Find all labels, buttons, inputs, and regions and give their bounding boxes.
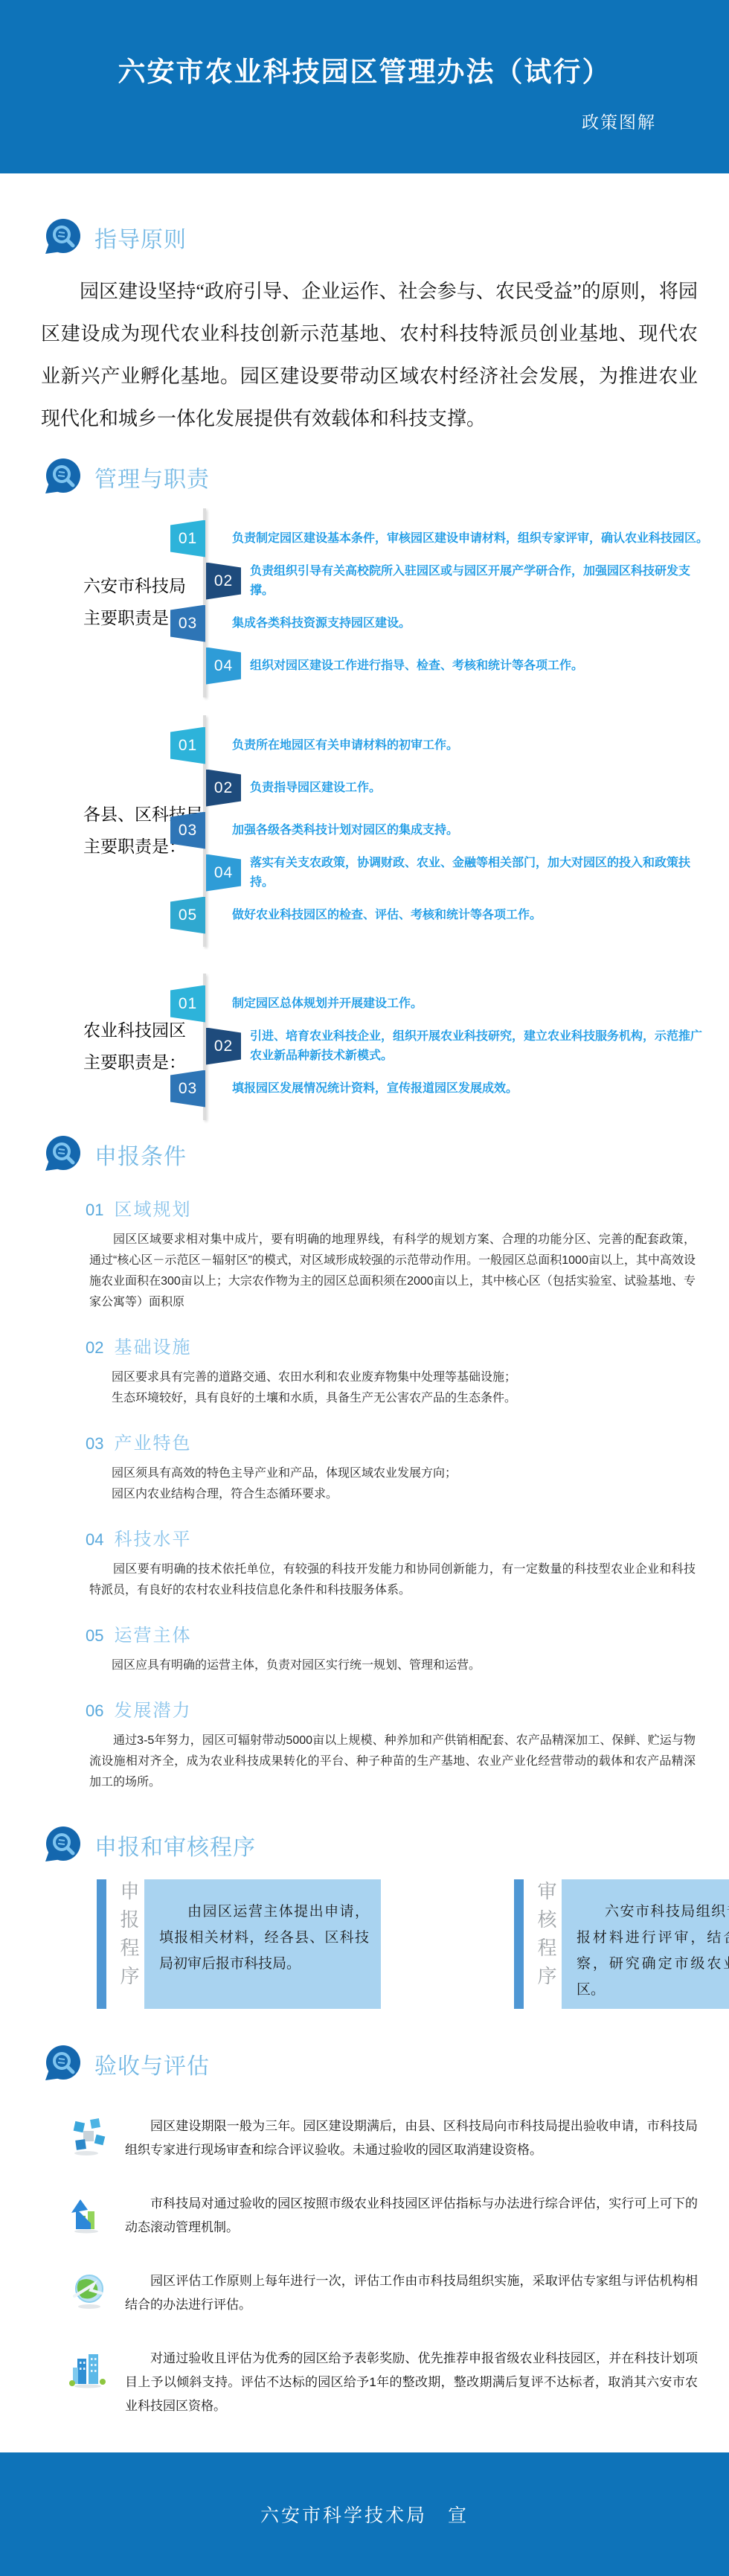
- duty-item-text: 制定园区总体规划并开展建设工作。: [232, 994, 423, 1014]
- condition-text: 园区要有明确的技术依托单位，有较强的科技开发能力和协同创新能力，有一定数量的科技…: [89, 1559, 696, 1601]
- procedure-box: 由园区运营主体提出申请，填报相关材料，经各县、区科技局初审后报市科技局。: [144, 1879, 381, 2009]
- condition-title: 区域规划: [114, 1195, 191, 1221]
- footer-publisher: 六安市科学技术局 宣: [260, 2501, 469, 2528]
- section-title-conditions: 申报条件: [94, 1138, 187, 1171]
- acceptance-text: 园区建设期限一般为三年。园区建设期满后，由县、区科技局向市科技局提出验收申请，市…: [125, 2115, 698, 2162]
- condition-block: 01 区域规划 园区区域要求相对集中成片，要有明确的地理界线，有科学的规划方案、…: [0, 1195, 729, 1313]
- condition-number: 06: [86, 1701, 103, 1721]
- duty-group-park: 农业科技园区 主要职责是： 01 制定园区总体规划并开展建设工作。 02 引进、…: [0, 982, 729, 1110]
- condition-block: 04 科技水平 园区要有明确的技术依托单位，有较强的科技开发能力和协同创新能力，…: [0, 1524, 729, 1601]
- page-subtitle: 政策图解: [0, 109, 729, 133]
- duty-item-text: 做好农业科技园区的检查、评估、考核和统计等各项工作。: [232, 906, 542, 925]
- condition-text: 园区区域要求相对集中成片，要有明确的地理界线，有科学的规划方案、合理的功能分区、…: [89, 1230, 696, 1313]
- acceptance-item: 对通过验收且评估为优秀的园区给予表彰奖励、优先推荐申报省级农业科技园区，并在科技…: [68, 2347, 698, 2418]
- condition-text: 通过3-5年努力，园区可辐射带动5000亩以上规模、种养加和产供销相配套、农产品…: [89, 1730, 696, 1793]
- duty-item-text: 负责制定园区建设基本条件，审核园区建设申请材料，组织专家评审，确认农业科技园区。: [232, 529, 708, 549]
- acceptance-item: 市科技局对通过验收的园区按照市级农业科技园区评估指标与办法进行综合评估，实行可上…: [68, 2192, 698, 2240]
- globe-icon: [68, 2271, 109, 2315]
- section-title-management: 管理与职责: [94, 461, 210, 493]
- condition-title: 产业特色: [114, 1428, 191, 1454]
- duty-item: 04 落实有关支农政策，协调财政、农业、金融等相关部门，加大对园区的投入和政策扶…: [0, 851, 729, 894]
- condition-number: 05: [86, 1626, 103, 1646]
- magnifier-bubble-icon: [41, 2043, 83, 2085]
- section-conditions: 申报条件 01 区域规划 园区区域要求相对集中成片，要有明确的地理界线，有科学的…: [0, 1134, 729, 1793]
- step-number-badge: 01: [170, 985, 205, 1023]
- condition-number: 02: [86, 1338, 103, 1358]
- magnifier-bubble-icon: [41, 456, 83, 498]
- acceptance-item: 园区评估工作原则上每年进行一次，评估工作由市科技局组织实施，采取评估专家组与评估…: [68, 2269, 698, 2317]
- duty-item-text: 引进、培育农业科技企业，组织开展农业科技研究，建立农业科技服务机构，示范推广农业…: [250, 1027, 713, 1066]
- acceptance-text: 对通过验收且评估为优秀的园区给予表彰奖励、优先推荐申报省级农业科技园区，并在科技…: [125, 2347, 698, 2418]
- step-number-badge: 03: [170, 1070, 205, 1108]
- step-number-badge: 03: [170, 605, 205, 642]
- section-procedure: 申报和审核程序 申报程序 由园区运营主体提出申请，填报相关材料，经各县、区科技局…: [0, 1824, 729, 2009]
- condition-title: 科技水平: [114, 1524, 191, 1550]
- magnifier-bubble-icon: [41, 1134, 83, 1175]
- acceptance-item: 园区建设期限一般为三年。园区建设期满后，由县、区科技局向市科技局提出验收申请，市…: [68, 2115, 698, 2162]
- procedure-label: 申报程序: [115, 1881, 143, 2009]
- duty-item: 02 引进、培育农业科技企业，组织开展农业科技研究，建立农业科技服务机构，示范推…: [0, 1025, 729, 1067]
- policy-infographic: 六安市农业科技园区管理办法（试行） 政策图解 指导原则 园区建设坚持“政府引导、…: [0, 0, 729, 2576]
- duty-item: 03 集成各类科技资源支持园区建设。: [0, 602, 729, 645]
- duty-item: 03 加强各级各类科技计划对园区的集成支持。: [0, 809, 729, 851]
- procedure-label: 审核程序: [533, 1881, 560, 2009]
- procedure-text: 由园区运营主体提出申请，填报相关材料，经各县、区科技局初审后报市科技局。: [159, 1899, 369, 1977]
- condition-title: 运营主体: [114, 1620, 191, 1646]
- magnifier-bubble-icon: [41, 217, 83, 258]
- procedure-text: 六安市科技局组织专家对申报材料进行评审，结合现场考察，研究确定市级农业科技园区。: [577, 1899, 729, 2003]
- condition-number: 03: [86, 1434, 103, 1454]
- duty-item-text: 集成各类科技资源支持园区建设。: [232, 614, 411, 633]
- acceptance-text: 园区评估工作原则上每年进行一次，评估工作由市科技局组织实施，采取评估专家组与评估…: [125, 2269, 698, 2317]
- accent-bar: [97, 1879, 106, 2009]
- section-guiding: 指导原则 园区建设坚持“政府引导、企业运作、社会参与、农民受益”的原则，将园区建…: [0, 217, 729, 440]
- condition-text: 园区须具有高效的特色主导产业和产品，体现区域农业发展方向； 园区内农业结构合理，…: [112, 1463, 696, 1505]
- page-title: 六安市农业科技园区管理办法（试行）: [0, 49, 729, 89]
- condition-block: 06 发展潜力 通过3-5年努力，园区可辐射带动5000亩以上规模、种养加和产供…: [0, 1696, 729, 1793]
- step-number-badge: 01: [170, 727, 205, 764]
- condition-number: 01: [86, 1201, 103, 1220]
- duty-item-text: 负责指导园区建设工作。: [250, 779, 381, 798]
- condition-number: 04: [86, 1530, 103, 1550]
- magnifier-bubble-icon: [41, 1824, 83, 1866]
- duty-item: 05 做好农业科技园区的检查、评估、考核和统计等各项工作。: [0, 894, 729, 936]
- step-number-badge: 02: [206, 563, 241, 600]
- condition-block: 05 运营主体 园区应具有明确的运营主体，负责对园区实行统一规划、管理和运营。: [0, 1620, 729, 1676]
- duty-item: 04 组织对园区建设工作进行指导、检查、考核和统计等各项工作。: [0, 645, 729, 687]
- acceptance-text: 市科技局对通过验收的园区按照市级农业科技园区评估指标与办法进行综合评估，实行可上…: [125, 2192, 698, 2240]
- duty-item: 01 负责制定园区建设基本条件，审核园区建设申请材料，组织专家评审，确认农业科技…: [0, 517, 729, 560]
- condition-text: 园区应具有明确的运营主体，负责对园区实行统一规划、管理和运营。: [112, 1655, 696, 1676]
- step-number-badge: 02: [206, 1028, 241, 1065]
- section-title-procedure: 申报和审核程序: [94, 1829, 256, 1861]
- duty-group-city-bureau: 六安市科技局 主要职责是： 01 负责制定园区建设基本条件，审核园区建设申请材料…: [0, 517, 729, 687]
- section-management: 管理与职责 六安市科技局 主要职责是： 01 负责制定园区建设基本条件，审核园区…: [0, 456, 729, 1110]
- application-procedure-card: 申报程序 由园区运营主体提出申请，填报相关材料，经各县、区科技局初审后报市科技局…: [97, 1879, 463, 2009]
- section-title-guiding: 指导原则: [94, 221, 187, 254]
- duty-item: 03 填报园区发展情况统计资料，宣传报道园区发展成效。: [0, 1067, 729, 1110]
- duty-item: 02 负责指导园区建设工作。: [0, 767, 729, 809]
- chart-arrow-icon: [68, 2193, 109, 2237]
- duty-group-county-bureau: 各县、区科技局 主要职责是： 01 负责所在地园区有关申请材料的初审工作。 02…: [0, 724, 729, 936]
- duty-item-text: 填报园区发展情况统计资料，宣传报道园区发展成效。: [232, 1079, 518, 1099]
- step-number-badge: 04: [206, 648, 241, 685]
- duty-item: 01 负责所在地园区有关申请材料的初审工作。: [0, 724, 729, 767]
- footer-banner: 六安市科学技术局 宣: [0, 2452, 729, 2576]
- duty-item-text: 组织对园区建设工作进行指导、检查、考核和统计等各项工作。: [250, 656, 583, 676]
- header-banner: 六安市农业科技园区管理办法（试行） 政策图解: [0, 0, 729, 173]
- step-number-badge: 02: [206, 770, 241, 807]
- duty-item-text: 负责所在地园区有关申请材料的初审工作。: [232, 736, 458, 755]
- duty-item-text: 落实有关支农政策，协调财政、农业、金融等相关部门，加大对园区的投入和政策扶持。: [250, 854, 713, 892]
- section-title-acceptance: 验收与评估: [94, 2048, 210, 2080]
- guiding-paragraph: 园区建设坚持“政府引导、企业运作、社会参与、农民受益”的原则，将园区建设成为现代…: [41, 270, 698, 440]
- buildings-icon: [68, 2348, 109, 2392]
- duty-item-text: 负责组织引导有关高校院所入驻园区或与园区开展产学研合作，加强园区科技研发支撑。: [250, 562, 713, 601]
- section-acceptance: 验收与评估 园区建设期限一般为三年。园区建设期满后，由县、区科技局向市科技局提出…: [0, 2043, 729, 2418]
- review-procedure-card: 审核程序 六安市科技局组织专家对申报材料进行评审，结合现场考察，研究确定市级农业…: [514, 1879, 729, 2009]
- condition-text: 园区要求具有完善的道路交通、农田水利和农业废弃物集中处理等基础设施； 生态环境较…: [112, 1367, 696, 1409]
- duty-item-text: 加强各级各类科技计划对园区的集成支持。: [232, 821, 458, 840]
- step-number-badge: 01: [170, 520, 205, 557]
- step-number-badge: 04: [206, 854, 241, 892]
- cubes-icon: [68, 2116, 109, 2160]
- duty-item: 02 负责组织引导有关高校院所入驻园区或与园区开展产学研合作，加强园区科技研发支…: [0, 560, 729, 602]
- step-number-badge: 05: [170, 897, 205, 934]
- condition-title: 基础设施: [114, 1332, 191, 1358]
- condition-title: 发展潜力: [114, 1696, 191, 1722]
- accent-bar: [514, 1879, 524, 2009]
- duty-item: 01 制定园区总体规划并开展建设工作。: [0, 982, 729, 1025]
- procedure-box: 六安市科技局组织专家对申报材料进行评审，结合现场考察，研究确定市级农业科技园区。: [562, 1879, 729, 2009]
- condition-block: 02 基础设施 园区要求具有完善的道路交通、农田水利和农业废弃物集中处理等基础设…: [0, 1332, 729, 1409]
- step-number-badge: 03: [170, 812, 205, 849]
- condition-block: 03 产业特色 园区须具有高效的特色主导产业和产品，体现区域农业发展方向； 园区…: [0, 1428, 729, 1505]
